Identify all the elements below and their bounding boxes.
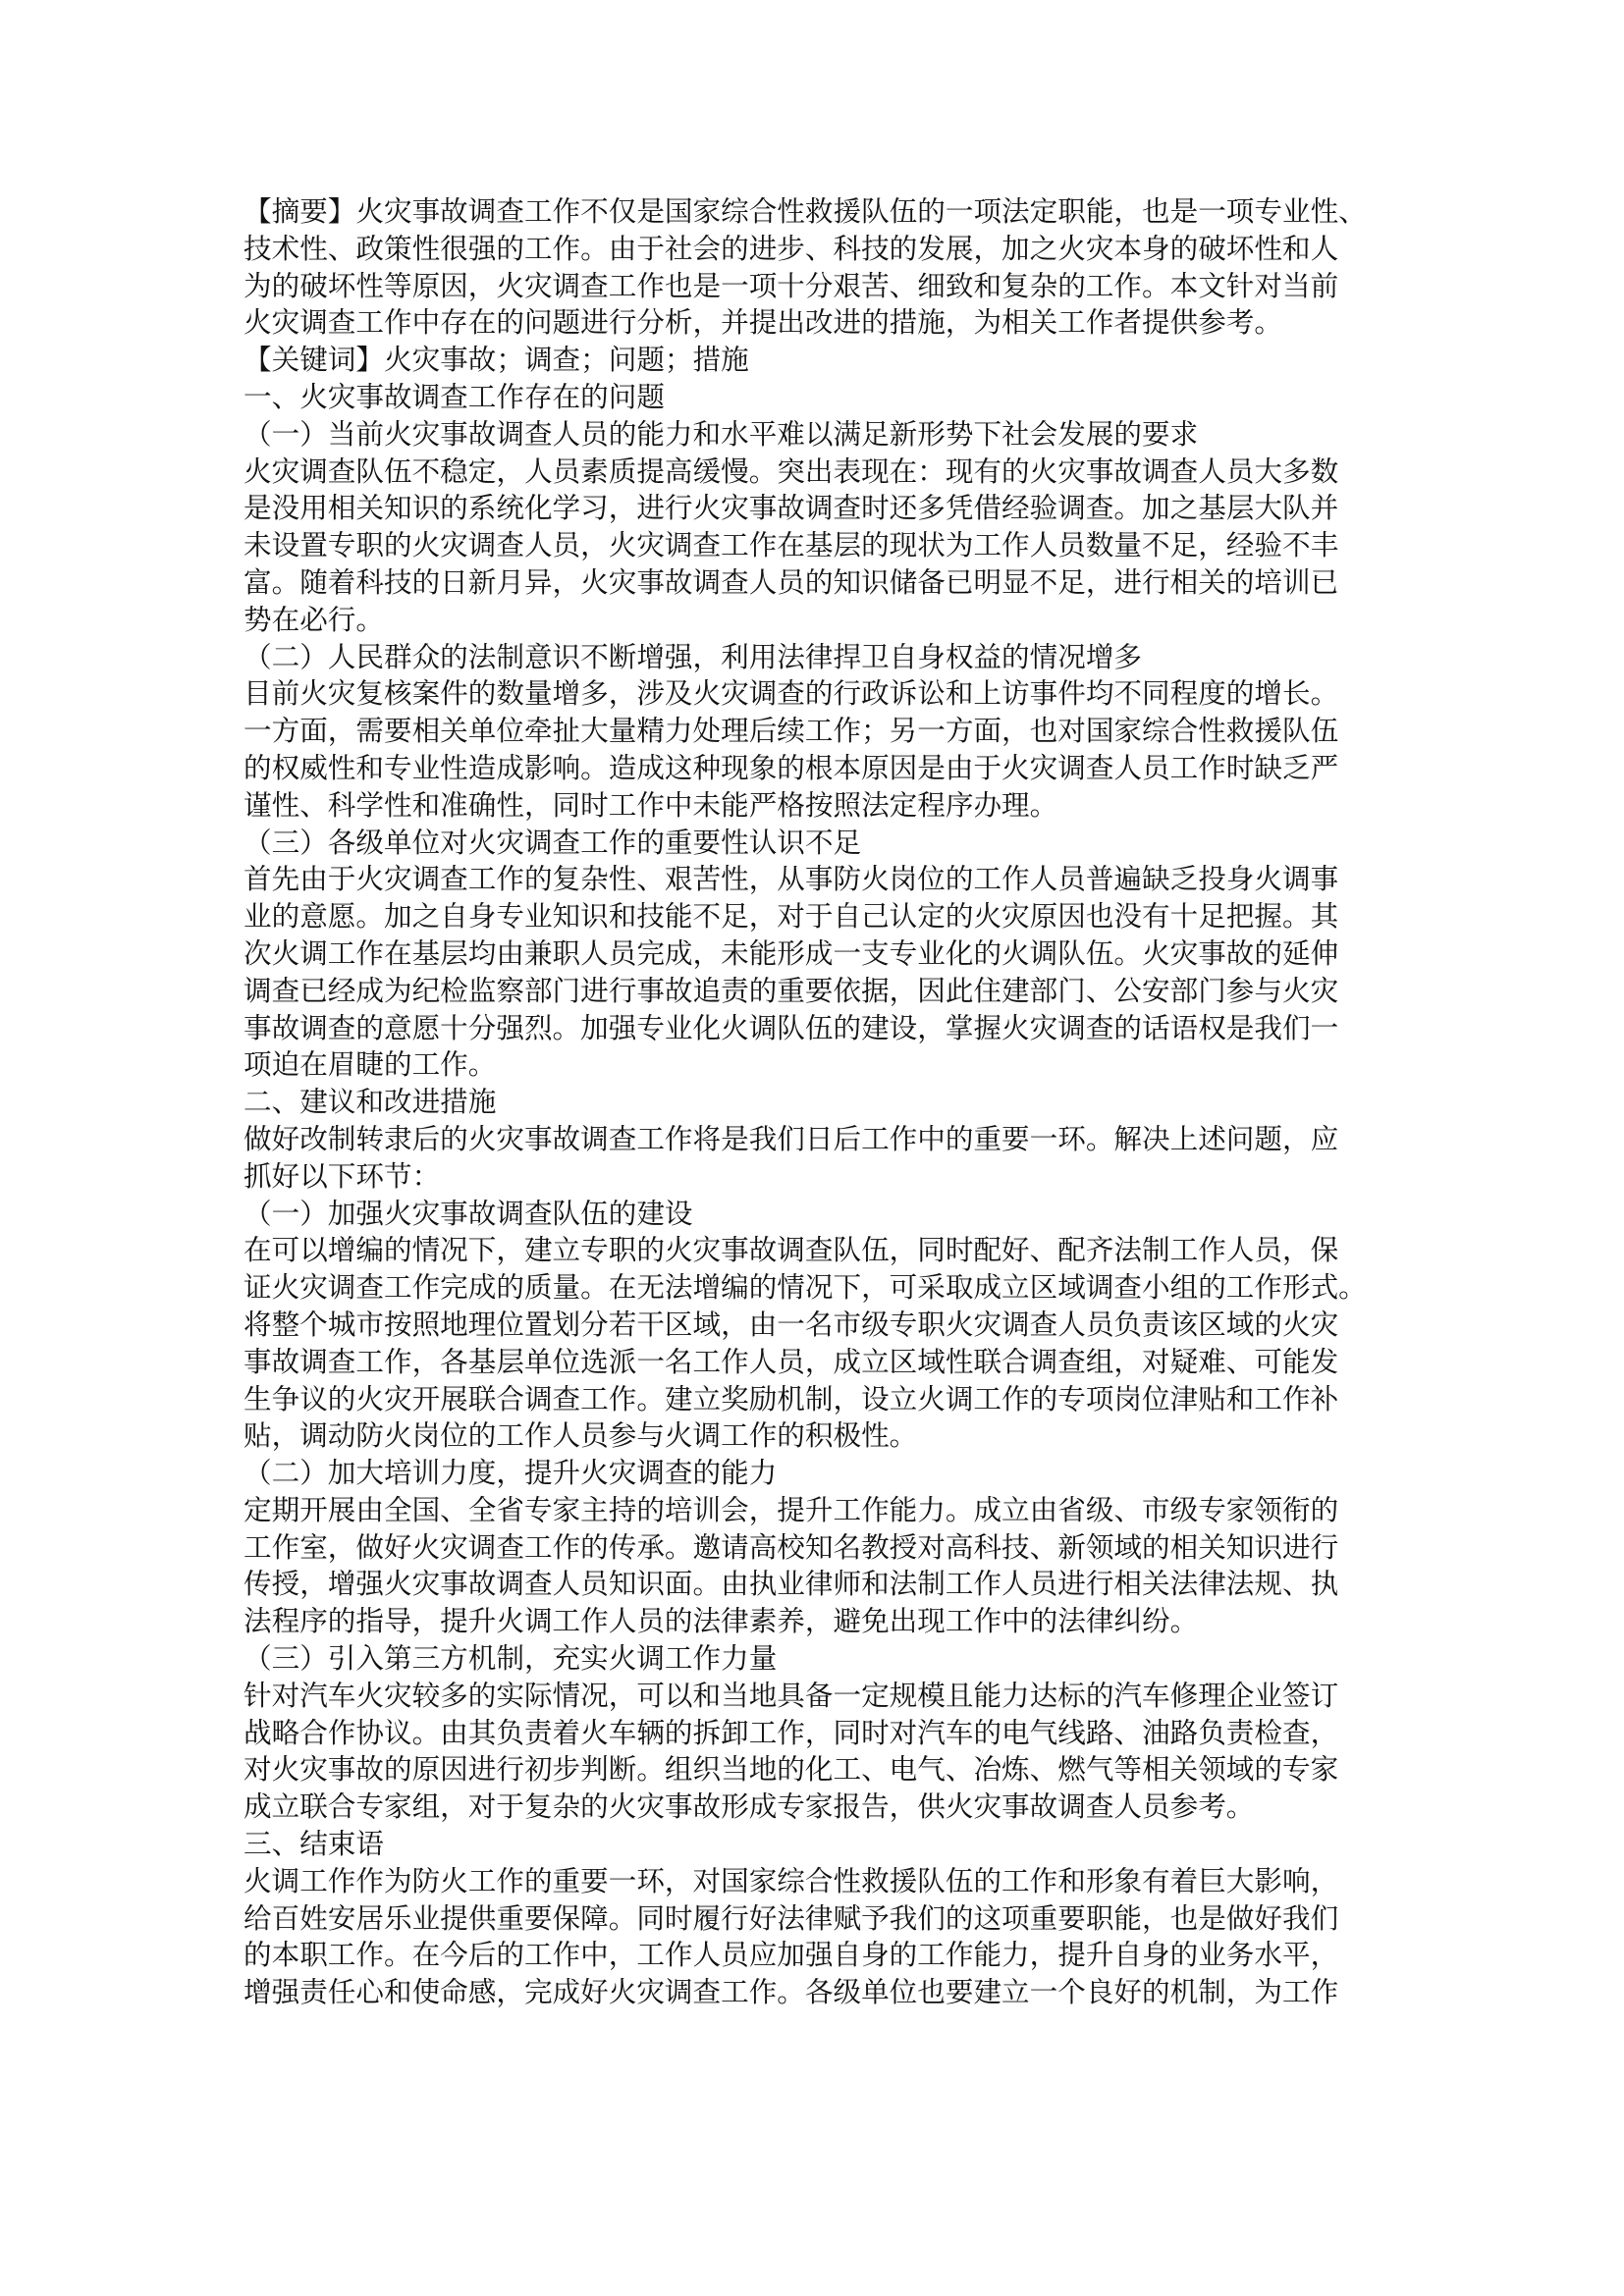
section-heading: 二、建议和改进措施 <box>244 1084 1382 1121</box>
paragraph-line: 传授，增强火灾事故调查人员知识面。由执业律师和法制工作人员进行相关法律法规、执 <box>244 1566 1382 1603</box>
paragraph-line: 事故调查的意愿十分强烈。加强专业化火调队伍的建设，掌握火灾调查的话语权是我们一 <box>244 1010 1382 1047</box>
subsection-1-3: （三）各级单位对火灾调查工作的重要性认识不足 首先由于火灾调查工作的复杂性、艰苦… <box>244 825 1382 1085</box>
paragraph-line: 在可以增编的情况下，建立专职的火灾事故调查队伍，同时配好、配齐法制工作人员，保 <box>244 1232 1382 1269</box>
paragraph-line: 针对汽车火灾较多的实际情况，可以和当地具备一定规模且能力达标的汽车修理企业签订 <box>244 1678 1382 1715</box>
section-1: 一、火灾事故调查工作存在的问题 （一）当前火灾事故调查人员的能力和水平难以满足新… <box>244 379 1382 1084</box>
paragraph-line: 对火灾事故的原因进行初步判断。组织当地的化工、电气、冶炼、燃气等相关领域的专家 <box>244 1751 1382 1789</box>
paragraph-line: 做好改制转隶后的火灾事故调查工作将是我们日后工作中的重要一环。解决上述问题，应 <box>244 1121 1382 1158</box>
subsection-heading: （三）引入第三方机制，充实火调工作力量 <box>244 1640 1382 1678</box>
paragraph-line: 法程序的指导，提升火调工作人员的法律素养，避免出现工作中的法律纠纷。 <box>244 1603 1382 1640</box>
section-2: 二、建议和改进措施 做好改制转隶后的火灾事故调查工作将是我们日后工作中的重要一环… <box>244 1084 1382 1826</box>
paragraph-line: 成立联合专家组，对于复杂的火灾事故形成专家报告，供火灾事故调查人员参考。 <box>244 1789 1382 1826</box>
paragraph-line: 首先由于火灾调查工作的复杂性、艰苦性，从事防火岗位的工作人员普遍缺乏投身火调事 <box>244 861 1382 898</box>
abstract-line: 技术性、政策性很强的工作。由于社会的进步、科技的发展，加之火灾本身的破坏性和人 <box>244 231 1382 268</box>
paragraph-line: 增强责任心和使命感，完成好火灾调查工作。各级单位也要建立一个良好的机制，为工作 <box>244 1974 1382 2011</box>
paragraph-line: 的权威性和专业性造成影响。造成这种现象的根本原因是由于火灾调查人员工作时缺乏严 <box>244 750 1382 787</box>
paragraph-line: 富。随着科技的日新月异，火灾事故调查人员的知识储备已明显不足，进行相关的培训已 <box>244 564 1382 602</box>
paragraph-line: 抓好以下环节： <box>244 1158 1382 1196</box>
section-3: 三、结束语 火调工作作为防火工作的重要一环，对国家综合性救援队伍的工作和形象有着… <box>244 1826 1382 2011</box>
paragraph-line: 次火调工作在基层均由兼职人员完成，未能形成一支专业化的火调队伍。火灾事故的延伸 <box>244 935 1382 973</box>
abstract-line: 【摘要】火灾事故调查工作不仅是国家综合性救援队伍的一项法定职能，也是一项专业性、 <box>244 193 1382 231</box>
paragraph-line: 将整个城市按照地理位置划分若干区域，由一名市级专职火灾调查人员负责该区域的火灾 <box>244 1307 1382 1344</box>
subsection-heading: （三）各级单位对火灾调查工作的重要性认识不足 <box>244 825 1382 862</box>
document-page: 【摘要】火灾事故调查工作不仅是国家综合性救援队伍的一项法定职能，也是一项专业性、… <box>244 193 1382 2011</box>
paragraph-line: 一方面，需要相关单位牵扯大量精力处理后续工作；另一方面，也对国家综合性救援队伍 <box>244 713 1382 750</box>
subsection-2-3: （三）引入第三方机制，充实火调工作力量 针对汽车火灾较多的实际情况，可以和当地具… <box>244 1640 1382 1826</box>
paragraph-line: 项迫在眉睫的工作。 <box>244 1046 1382 1084</box>
subsection-heading: （一）当前火灾事故调查人员的能力和水平难以满足新形势下社会发展的要求 <box>244 416 1382 454</box>
paragraph-line: 贴，调动防火岗位的工作人员参与火调工作的积极性。 <box>244 1417 1382 1455</box>
subsection-heading: （二）人民群众的法制意识不断增强，利用法律捍卫自身权益的情况增多 <box>244 639 1382 676</box>
abstract-line: 为的破坏性等原因，火灾调查工作也是一项十分艰苦、细致和复杂的工作。本文针对当前 <box>244 268 1382 305</box>
paragraph-line: 生争议的火灾开展联合调查工作。建立奖励机制，设立火调工作的专项岗位津贴和工作补 <box>244 1381 1382 1418</box>
subsection-2-2: （二）加大培训力度，提升火灾调查的能力 定期开展由全国、全省专家主持的培训会，提… <box>244 1455 1382 1640</box>
paragraph-line: 证火灾调查工作完成的质量。在无法增编的情况下，可采取成立区域调查小组的工作形式。 <box>244 1269 1382 1307</box>
section-heading: 三、结束语 <box>244 1826 1382 1863</box>
paragraph-line: 火灾调查队伍不稳定，人员素质提高缓慢。突出表现在：现有的火灾事故调查人员大多数 <box>244 454 1382 491</box>
paragraph-line: 是没用相关知识的系统化学习，进行火灾事故调查时还多凭借经验调查。加之基层大队并 <box>244 490 1382 527</box>
paragraph-line: 谨性、科学性和准确性，同时工作中未能严格按照法定程序办理。 <box>244 787 1382 825</box>
paragraph-line: 业的意愿。加之自身专业知识和技能不足，对于自己认定的火灾原因也没有十足把握。其 <box>244 898 1382 935</box>
subsection-1-2: （二）人民群众的法制意识不断增强，利用法律捍卫自身权益的情况增多 目前火灾复核案… <box>244 639 1382 825</box>
paragraph-line: 工作室，做好火灾调查工作的传承。邀请高校知名教授对高科技、新领域的相关知识进行 <box>244 1529 1382 1567</box>
paragraph-line: 火调工作作为防火工作的重要一环，对国家综合性救援队伍的工作和形象有着巨大影响， <box>244 1863 1382 1900</box>
abstract: 【摘要】火灾事故调查工作不仅是国家综合性救援队伍的一项法定职能，也是一项专业性、… <box>244 193 1382 342</box>
paragraph-line: 目前火灾复核案件的数量增多，涉及火灾调查的行政诉讼和上访事件均不同程度的增长。 <box>244 675 1382 713</box>
subsection-heading: （二）加大培训力度，提升火灾调查的能力 <box>244 1455 1382 1492</box>
paragraph-line: 势在必行。 <box>244 602 1382 639</box>
paragraph-line: 事故调查工作，各基层单位选派一名工作人员，成立区域性联合调查组，对疑难、可能发 <box>244 1344 1382 1381</box>
subsection-heading: （一）加强火灾事故调查队伍的建设 <box>244 1196 1382 1233</box>
paragraph-line: 调查已经成为纪检监察部门进行事故追责的重要依据，因此住建部门、公安部门参与火灾 <box>244 973 1382 1010</box>
paragraph-line: 给百姓安居乐业提供重要保障。同时履行好法律赋予我们的这项重要职能，也是做好我们 <box>244 1900 1382 1938</box>
abstract-line: 火灾调查工作中存在的问题进行分析，并提出改进的措施，为相关工作者提供参考。 <box>244 304 1382 342</box>
paragraph-line: 战略合作协议。由其负责着火车辆的拆卸工作，同时对汽车的电气线路、油路负责检查， <box>244 1715 1382 1752</box>
paragraph-line: 的本职工作。在今后的工作中，工作人员应加强自身的工作能力，提升自身的业务水平， <box>244 1937 1382 1974</box>
keywords: 【关键词】火灾事故；调查；问题；措施 <box>244 342 1382 379</box>
subsection-1-1: （一）当前火灾事故调查人员的能力和水平难以满足新形势下社会发展的要求 火灾调查队… <box>244 416 1382 639</box>
paragraph-line: 未设置专职的火灾调查人员，火灾调查工作在基层的现状为工作人员数量不足，经验不丰 <box>244 527 1382 564</box>
subsection-2-1: （一）加强火灾事故调查队伍的建设 在可以增编的情况下，建立专职的火灾事故调查队伍… <box>244 1196 1382 1456</box>
section-heading: 一、火灾事故调查工作存在的问题 <box>244 379 1382 416</box>
paragraph-line: 定期开展由全国、全省专家主持的培训会，提升工作能力。成立由省级、市级专家领衔的 <box>244 1492 1382 1529</box>
